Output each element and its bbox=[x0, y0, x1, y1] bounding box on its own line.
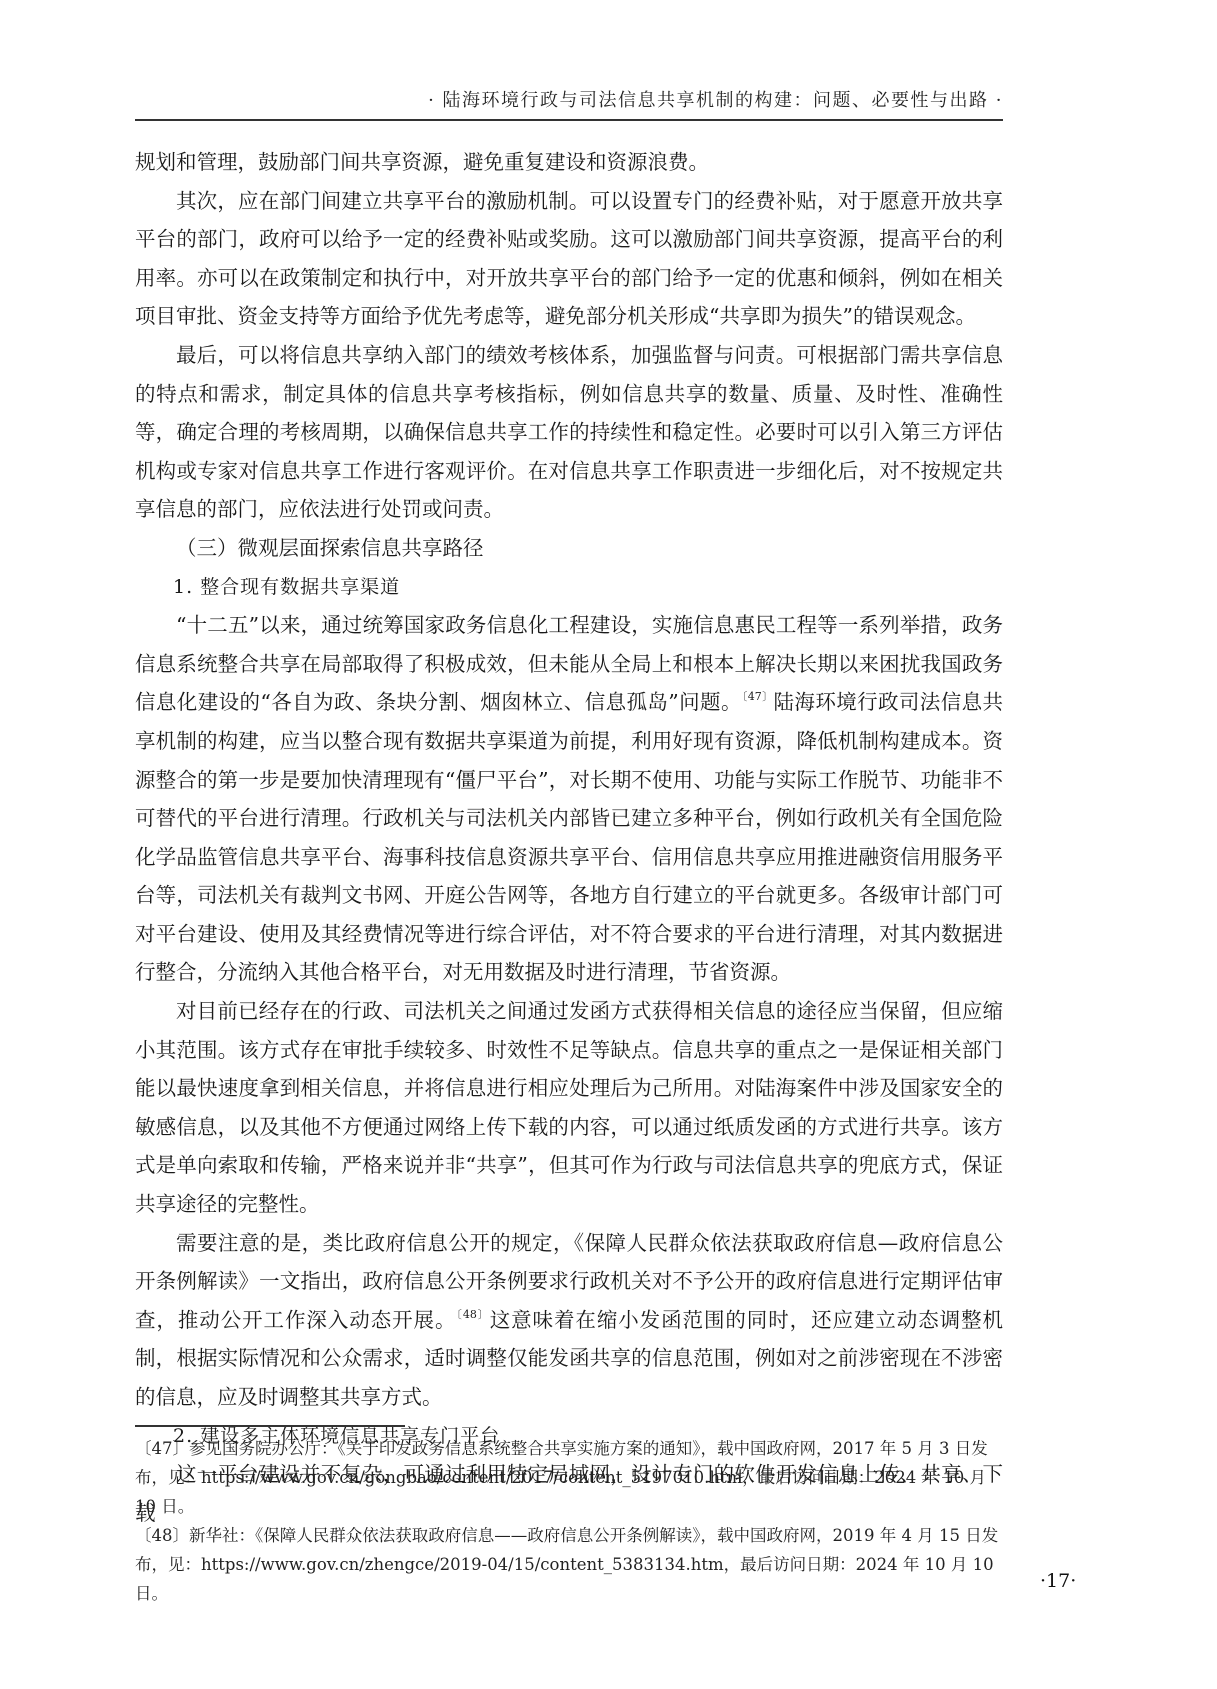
paragraph-text: 陆海环境行政司法信息共享机制的构建，应当以整合现有数据共享渠道为前提，利用好现有… bbox=[135, 690, 1003, 984]
footnote-ref-47[interactable]: 〔47〕 bbox=[742, 690, 774, 703]
footnote-48: 〔48〕新华社：《保障人民群众依法获取政府信息——政府信息公开条例解读》，载中国… bbox=[135, 1521, 1003, 1608]
footnote-47: 〔47〕参见国务院办公厅：《关于印发政务信息系统整合共享实施方案的通知》，载中国… bbox=[135, 1434, 1003, 1521]
paragraph-continuation: 规划和管理，鼓励部门间共享资源，避免重复建设和资源浪费。 bbox=[135, 143, 1003, 182]
footnote-text: 参见国务院办公厅：《关于印发政务信息系统整合共享实施方案的通知》，载中国政府网，… bbox=[135, 1439, 988, 1516]
footnotes: 〔47〕参见国务院办公厅：《关于印发政务信息系统整合共享实施方案的通知》，载中国… bbox=[135, 1434, 1003, 1608]
footnote-id: 〔47〕 bbox=[135, 1439, 189, 1458]
running-header-title: · 陆海环境行政与司法信息共享机制的构建：问题、必要性与出路 · bbox=[135, 86, 1003, 112]
body-text: 规划和管理，鼓励部门间共享资源，避免重复建设和资源浪费。 其次，应在部门间建立共… bbox=[135, 143, 1003, 1532]
footnote-ref-48[interactable]: 〔48〕 bbox=[456, 1308, 489, 1321]
header-rule bbox=[135, 119, 1003, 121]
footnote-id: 〔48〕 bbox=[135, 1526, 189, 1545]
footnote-text: 新华社：《保障人民群众依法获取政府信息——政府信息公开条例解读》，载中国政府网，… bbox=[135, 1526, 998, 1603]
footnote-rule bbox=[135, 1425, 405, 1427]
paragraph: 其次，应在部门间建立共享平台的激励机制。可以设置专门的经费补贴，对于愿意开放共享… bbox=[135, 182, 1003, 336]
document-page: · 陆海环境行政与司法信息共享机制的构建：问题、必要性与出路 · 规划和管理，鼓… bbox=[0, 0, 1217, 1689]
section-heading: （三）微观层面探索信息共享路径 bbox=[135, 529, 1003, 568]
paragraph: 需要注意的是，类比政府信息公开的规定，《保障人民群众依法获取政府信息—政府信息公… bbox=[135, 1224, 1003, 1417]
subsection-heading: 1. 整合现有数据共享渠道 bbox=[135, 568, 1003, 607]
paragraph: “十二五”以来，通过统筹国家政务信息化工程建设，实施信息惠民工程等一系列举措，政… bbox=[135, 606, 1003, 992]
paragraph: 最后，可以将信息共享纳入部门的绩效考核体系，加强监督与问责。可根据部门需共享信息… bbox=[135, 336, 1003, 529]
paragraph: 对目前已经存在的行政、司法机关之间通过发函方式获得相关信息的途径应当保留，但应缩… bbox=[135, 992, 1003, 1224]
page-number: ·17· bbox=[1040, 1570, 1076, 1592]
